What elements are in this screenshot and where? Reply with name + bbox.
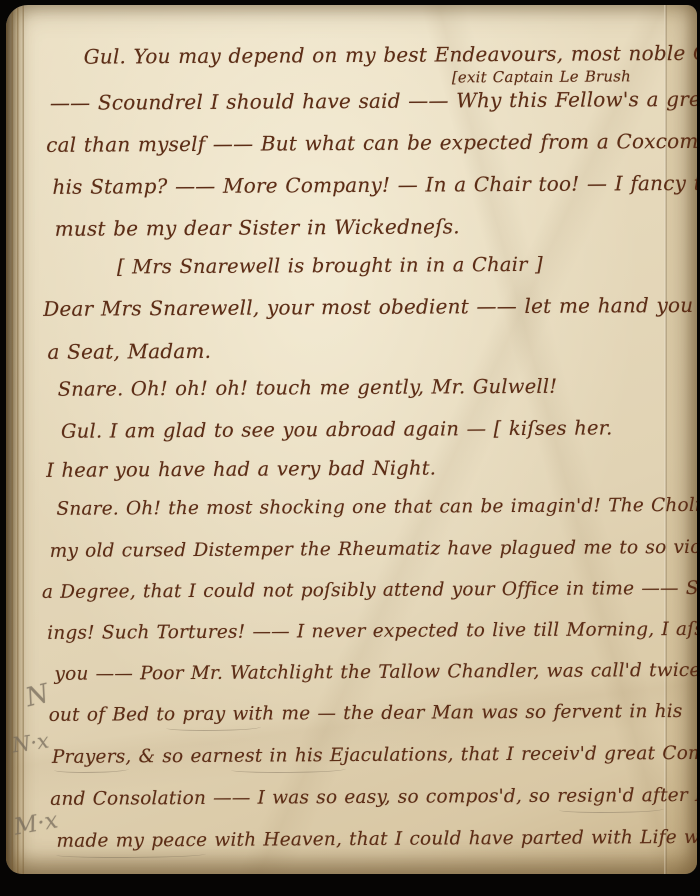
dialogue-line: made my peace with Heaven, that I could … — [56, 827, 697, 852]
dialogue-line: Snare. Oh! oh! oh! touch me gently, Mr. … — [58, 375, 558, 401]
dialogue-line: Dear Mrs Snarewell, your most obedient —… — [43, 293, 697, 321]
dialogue-line: Gul. I am glad to see you abroad again —… — [61, 416, 613, 442]
stage-direction-entrance: [ Mrs Snarewell is brought in in a Chair… — [117, 253, 543, 279]
dialogue-line: Snare. Oh! the most shocking one that ca… — [56, 495, 697, 520]
dialogue-line: I hear you have had a very bad Night. — [46, 456, 436, 481]
dialogue-line: ings! Such Tortures! —— I never expected… — [47, 619, 697, 644]
dialogue-line: Gul. You may depend on my best Endeavour… — [84, 40, 697, 68]
dialogue-line: out of Bed to pray with me — the dear Ma… — [49, 701, 683, 726]
manuscript-page: Gul. You may depend on my best Endeavour… — [6, 5, 697, 874]
manuscript-photo: Gul. You may depend on my best Endeavour… — [0, 0, 700, 896]
dialogue-line: a Seat, Madam. — [47, 339, 211, 364]
dialogue-line: must be my dear Sister in Wickedneſs. — [55, 214, 460, 240]
stage-direction-exit: [exit Captain Le Brush — [452, 67, 631, 86]
dialogue-line: cal than myself —— But what can be expec… — [46, 129, 697, 157]
dialogue-line: a Degree, that I could not poſsibly atte… — [42, 577, 697, 603]
dialogue-line: my old cursed Distemper the Rheumatiz ha… — [50, 537, 697, 562]
dialogue-line: Prayers, & so earnest in his Ejaculation… — [52, 743, 697, 768]
dialogue-line: —— Scoundrel I should have said —— Why t… — [50, 86, 697, 115]
pencil-margin-mark: N·x — [11, 729, 51, 758]
dialogue-line: you —— Poor Mr. Watchlight the Tallow Ch… — [54, 660, 697, 685]
handwritten-text-block: Gul. You may depend on my best Endeavour… — [6, 5, 697, 874]
dialogue-line: his Stamp? —— More Company! — In a Chair… — [52, 171, 697, 199]
